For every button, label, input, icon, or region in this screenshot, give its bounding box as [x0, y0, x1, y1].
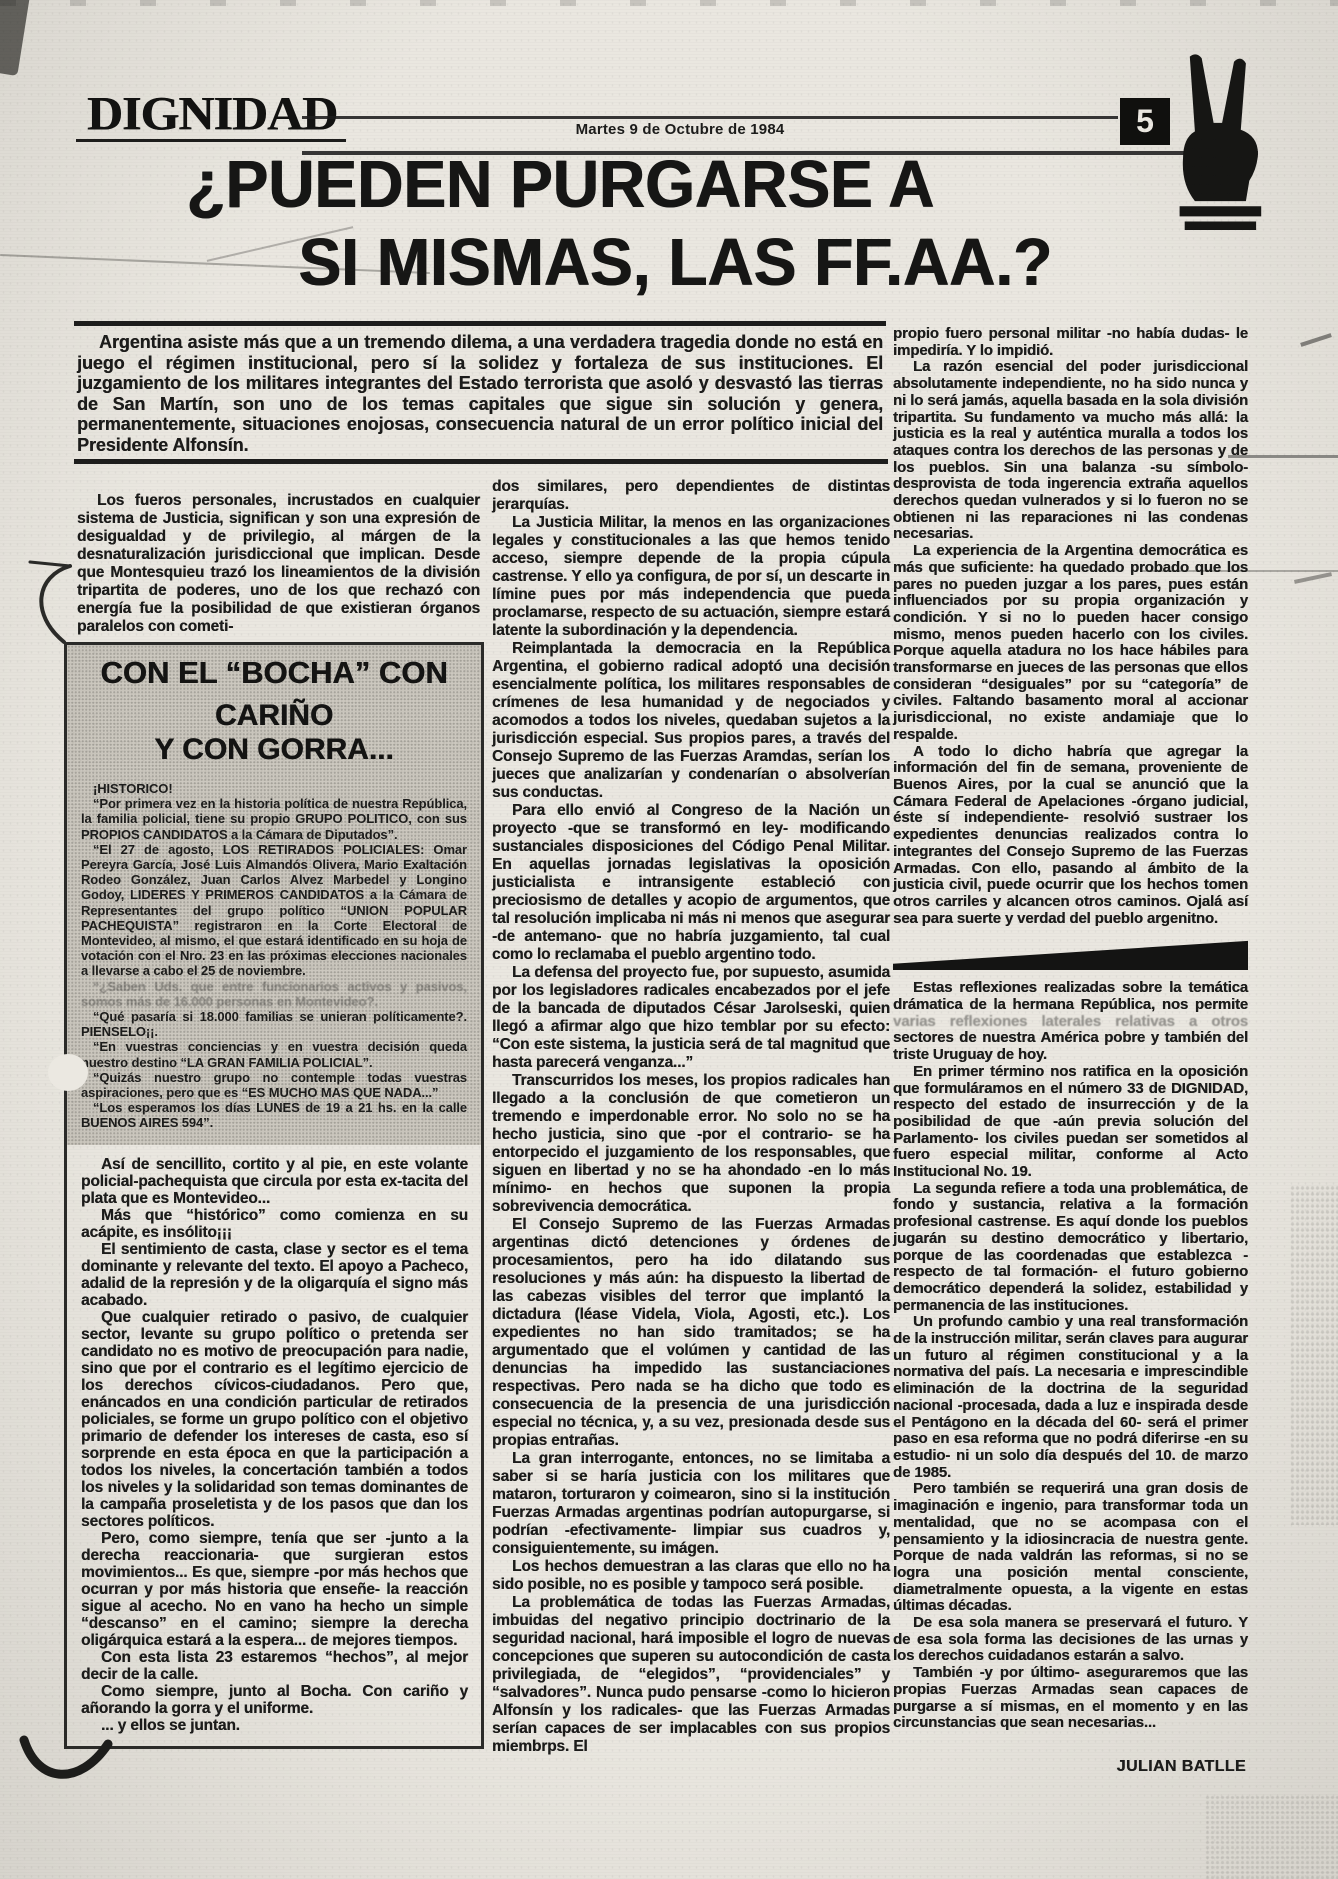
- ad-paragraph: “El 27 de agosto, LOS RETIRADOS POLICIAL…: [81, 842, 467, 979]
- ad-paragraph: “Por primera vez en la historia política…: [81, 796, 467, 842]
- pen-mark-icon: [22, 558, 76, 648]
- ad-exclaim: ¡HISTORICO!: [81, 781, 467, 796]
- ad-paragraph: “Quizás nuestro grupo no contemple todas…: [81, 1070, 467, 1100]
- body-paragraph: La segunda refiere a toda una problemáti…: [893, 1181, 1248, 1315]
- body-paragraph: La razón esencial del poder jurisdiccion…: [893, 359, 1248, 543]
- headline-line1: ¿PUEDEN PURGARSE A: [110, 151, 1010, 218]
- scan-line: [1140, 570, 1338, 572]
- body-paragraph: Pero también se requerirá una gran dosis…: [893, 1481, 1248, 1615]
- scan-dash: [1300, 333, 1332, 347]
- body-paragraph: Pero, como siempre, tenía que ser -junto…: [81, 1530, 468, 1649]
- body-paragraph: La gran interrogante, entonces, no se li…: [492, 1450, 890, 1558]
- body-paragraph: El sentimiento de casta, clase y sector …: [81, 1241, 468, 1309]
- body-paragraph: propio fuero personal militar -no había …: [893, 326, 1248, 359]
- body-paragraph: La Justicia Militar, la menos en las org…: [492, 514, 890, 640]
- pen-mark-icon: [16, 1730, 116, 1788]
- body-paragraph: dos similares, pero dependientes de dist…: [492, 478, 890, 514]
- police-ad: CON EL “BOCHA” CON CARIÑO Y CON GORRA...…: [67, 645, 481, 1145]
- ad-title-line1: CON EL “BOCHA” CON: [81, 655, 467, 691]
- lead-rule-bottom: [74, 459, 888, 464]
- punch-hole: [48, 1054, 88, 1091]
- scan-top-edge: [0, 0, 1338, 6]
- ad-paragraphs-2: “Qué pasaría si 18.000 familias se unier…: [81, 1009, 467, 1131]
- column3-bottom: En primer término nos ratifica en la opo…: [893, 1064, 1248, 1732]
- body-paragraph: La defensa del proyecto fue, por supuest…: [492, 964, 890, 1072]
- issue-date: Martes 9 de Octubre de 1984: [500, 121, 860, 138]
- headline-line2: SI MISMAS, LAS FF.AA.?: [235, 229, 1115, 296]
- body-paragraph: Los hechos demuestran a las claras que e…: [492, 1558, 890, 1594]
- body-paragraph: El Consejo Supremo de las Fuerzas Armada…: [492, 1216, 890, 1450]
- masthead-logo-underline: [76, 139, 346, 142]
- lead-text: Argentina asiste más que a un tremendo d…: [77, 332, 883, 456]
- body-paragraph: Así de sencillito, cortito y al pie, en …: [81, 1156, 468, 1207]
- body-paragraph: En primer término nos ratifica en la opo…: [893, 1064, 1248, 1181]
- reflection-end: sectores de nuestra América pobre y tamb…: [893, 1029, 1248, 1063]
- scan-smudge: [1205, 1795, 1338, 1879]
- body-paragraph: Con esta lista 23 estaremos “hechos”, al…: [81, 1649, 468, 1683]
- page-number-badge: 5: [1120, 98, 1170, 145]
- body-paragraph: Para ello envió al Congreso de la Nación…: [492, 802, 890, 964]
- ad-title-line3: Y CON GORRA...: [81, 733, 467, 767]
- masthead-rule-top: [302, 116, 1118, 119]
- lead-paragraph: Argentina asiste más que a un tremendo d…: [77, 332, 883, 456]
- body-paragraph: Los fueros personales, incrustados en cu…: [77, 492, 480, 636]
- body-paragraph: Transcurridos los meses, los propios rad…: [492, 1072, 890, 1216]
- column1-commentary: Así de sencillito, cortito y al pie, en …: [67, 1145, 481, 1746]
- reflection-start: Estas reflexiones realizadas sobre la te…: [893, 979, 1248, 1013]
- newspaper-page: DIGNIDAD Martes 9 de Octubre de 1984 5 ¿…: [0, 0, 1338, 1879]
- body-paragraph: A todo lo dicho habría que agregar la in…: [893, 744, 1248, 928]
- author-signature: JULIAN BATLLE: [893, 1758, 1248, 1776]
- body-paragraph: Que cualquier retirado o pasivo, de cual…: [81, 1309, 468, 1530]
- masthead-logo: DIGNIDAD: [74, 85, 350, 141]
- body-paragraph: Más que “histórico” como comienza en su …: [81, 1207, 468, 1241]
- body-paragraph: Estas reflexiones realizadas sobre la te…: [893, 980, 1248, 1064]
- body-paragraph: De esa sola manera se preservará el futu…: [893, 1615, 1248, 1665]
- column3-top: propio fuero personal militar -no había …: [893, 326, 1248, 927]
- lead-rule-top: [74, 321, 886, 326]
- scan-corner-smudge: [0, 0, 30, 76]
- body-paragraph: La experiencia de la Argentina democráti…: [893, 543, 1248, 743]
- column1-intro: Los fueros personales, incrustados en cu…: [77, 492, 480, 636]
- body-paragraph: ... y ellos se juntan.: [81, 1717, 468, 1734]
- ad-paragraphs: “Por primera vez en la historia política…: [81, 796, 467, 978]
- scan-dash: [1294, 572, 1332, 584]
- ad-paragraph: “Los esperamos los días LUNES de 19 a 21…: [81, 1100, 467, 1130]
- ad-paragraph: “En vuestras conciencias y en vuestra de…: [81, 1039, 467, 1069]
- triangle-divider: [893, 940, 1248, 970]
- ad-title-line2: CARIÑO: [81, 699, 467, 733]
- column2: dos similares, pero dependientes de dist…: [492, 478, 890, 1756]
- body-paragraph: Como siempre, junto al Bocha. Con cariño…: [81, 1683, 468, 1717]
- reflection-faded: varias reflexiones laterales relativas a…: [893, 1013, 1248, 1030]
- ad-faded-line: “¿Saben Uds. que entre funcionarios acti…: [81, 979, 467, 1009]
- page-number: 5: [1136, 103, 1154, 140]
- scan-line: [1228, 455, 1338, 458]
- body-paragraph: Reimplantada la democracia en la Repúbli…: [492, 640, 890, 802]
- police-ad-box: CON EL “BOCHA” CON CARIÑO Y CON GORRA...…: [64, 642, 484, 1749]
- ad-paragraph: “Qué pasaría si 18.000 familias se unier…: [81, 1009, 467, 1039]
- victory-hand-icon: [1166, 50, 1268, 240]
- body-paragraph: También -y por último- aseguraremos que …: [893, 1665, 1248, 1732]
- column3: propio fuero personal militar -no había …: [893, 326, 1248, 1776]
- scan-smudge: [1290, 1185, 1338, 1525]
- body-paragraph: Un profundo cambio y una real transforma…: [893, 1314, 1248, 1481]
- body-paragraph: La problemática de todas las Fuerzas Arm…: [492, 1594, 890, 1756]
